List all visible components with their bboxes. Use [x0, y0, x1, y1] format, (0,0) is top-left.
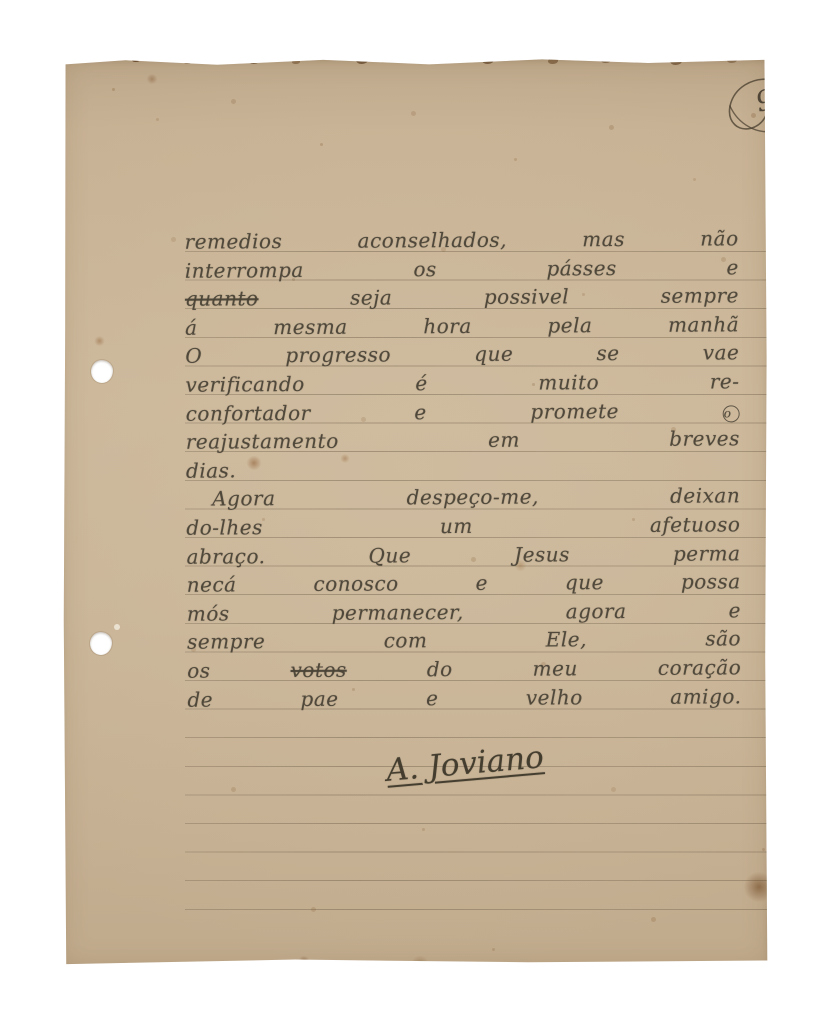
letter-body: remedios aconselhados, mas não interromp…	[185, 224, 742, 713]
handwriting-line: abraço. Que Jesus perma	[186, 539, 740, 571]
handwriting-line: O progresso que se vae	[185, 339, 739, 371]
page-number-flourish	[690, 62, 810, 162]
line-text: os	[187, 658, 210, 682]
handwriting-line: verificando é muito re-	[185, 367, 739, 399]
stain	[410, 956, 430, 972]
handwriting-line: de pae e velho amigo.	[187, 682, 741, 714]
handwriting-line: os votos do meu coração	[187, 653, 741, 685]
handwriting-line: reajustamento em breves	[186, 424, 740, 456]
punch-hole	[90, 632, 112, 655]
punch-hole	[91, 360, 113, 383]
handwriting-line: quanto seja possivel sempre	[185, 281, 739, 313]
letter-paper-sheet: 9 remedios aconselhados, mas não interro…	[62, 58, 768, 965]
stain	[146, 74, 158, 84]
handwriting-line: interrompa os pásses e	[185, 253, 739, 285]
stain	[94, 336, 105, 346]
stain	[742, 872, 776, 902]
handwriting-line: mós permanecer, agora e	[187, 596, 741, 628]
scan-background: 9 remedios aconselhados, mas não interro…	[0, 0, 831, 1024]
paper-chip	[114, 624, 120, 630]
line-text: do meu coração	[427, 655, 742, 681]
handwriting-line: sempre com Ele, são	[187, 625, 741, 657]
handwriting-line: Agora despeço-me, deixan	[186, 482, 740, 514]
handwriting-line: necá conosco e que possa	[187, 567, 741, 599]
handwriting-line: á mesma hora pela manhã	[185, 310, 739, 342]
stain	[298, 956, 310, 966]
handwriting-line: remedios aconselhados, mas não	[185, 224, 739, 256]
foxing-specks	[112, 88, 115, 91]
page-number: 9	[690, 62, 810, 162]
handwriting-line: confortador e promete o	[186, 396, 740, 428]
line-text: seja possivel sempre	[350, 283, 739, 309]
torn-top-edge	[132, 58, 140, 62]
circled-letter: o	[723, 405, 740, 422]
handwriting-line: dias.	[186, 453, 740, 485]
struck-word: quanto	[185, 286, 259, 310]
struck-word: votos	[290, 658, 346, 682]
handwriting-line: do-lhes um afetuoso	[186, 510, 740, 542]
line-text: confortador e promete	[186, 399, 619, 426]
